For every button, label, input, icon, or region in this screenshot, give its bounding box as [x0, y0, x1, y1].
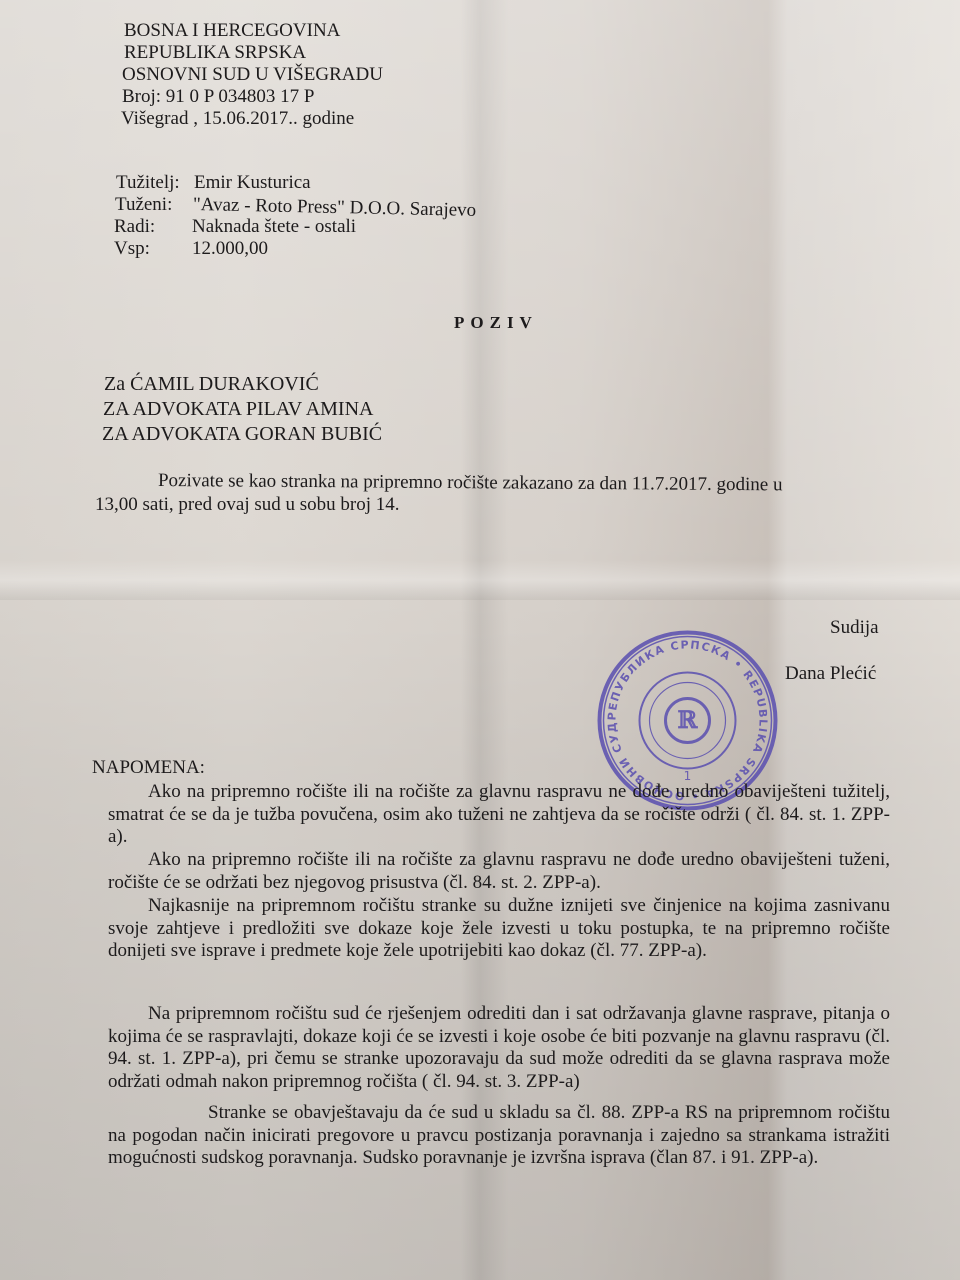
case-label: Vsp: — [114, 238, 192, 260]
case-label: Tuženi: — [115, 194, 193, 216]
note-paragraph-text: Ako na pripremno ročište ili na ročište … — [108, 781, 890, 847]
note-paragraph-text: Najkasnije na pripremnom ročištu stranke… — [108, 895, 890, 961]
case-row-subject: Radi:Naknada štete - ostali — [114, 216, 356, 238]
case-row-plaintiff: Tužitelj:Emir Kusturica — [116, 172, 311, 194]
case-label: Radi: — [114, 216, 192, 238]
note-paragraph: Ako na pripremno ročište ili na ročište … — [108, 849, 890, 894]
paper-fold — [0, 560, 960, 600]
recipient: ZA ADVOKATA GORAN BUBIĆ — [102, 422, 382, 446]
document-title: POZIV — [454, 313, 538, 333]
summons-line: Pozivate se kao stranka na pripremno roč… — [158, 470, 783, 496]
note-heading: NAPOMENA: — [92, 757, 205, 779]
header-court: OSNOVNI SUD U VIŠEGRADU — [122, 64, 383, 86]
recipient: ZA ADVOKATA PILAV AMINA — [103, 397, 373, 421]
signature-name: Dana Plećić — [785, 663, 876, 685]
note-paragraph: Na pripremnom ročištu sud će rješenjem o… — [108, 1003, 890, 1093]
note-paragraph-text: Na pripremnom ročištu sud će rješenjem o… — [108, 1003, 890, 1092]
case-value: Emir Kusturica — [194, 172, 311, 193]
case-row-defendant: Tuženi:"Avaz - Roto Press" D.O.O. Saraje… — [115, 194, 476, 216]
case-value: Naknada štete - ostali — [192, 216, 356, 237]
case-label: Tužitelj: — [116, 172, 194, 194]
note-paragraph: Ako na pripremno ročište ili na ročište … — [108, 781, 890, 849]
note-paragraph: Stranke se obavještavaju da će sud u skl… — [108, 1102, 890, 1170]
header-country: BOSNA I HERCEGOVINA — [124, 20, 340, 42]
recipient: Za ĆAMIL DURAKOVIĆ — [104, 372, 319, 396]
document-date: Višegrad , 15.06.2017.. godine — [121, 108, 354, 130]
header-entity: REPUBLIKA SRPSKA — [124, 42, 306, 64]
case-value: 12.000,00 — [192, 238, 268, 259]
note-paragraph-text: Ako na pripremno ročište ili na ročište … — [108, 849, 890, 893]
case-number: Broj: 91 0 P 034803 17 P — [122, 86, 315, 108]
svg-text:ℝ: ℝ — [678, 705, 699, 734]
signature-role: Sudija — [830, 617, 879, 639]
note-paragraph-text: Stranke se obavještavaju da će sud u skl… — [108, 1102, 890, 1168]
summons-line: 13,00 sati, pred ovaj sud u sobu broj 14… — [95, 494, 400, 516]
case-row-value: Vsp:12.000,00 — [114, 238, 268, 260]
note-paragraph: Najkasnije na pripremnom ročištu stranke… — [108, 895, 890, 963]
